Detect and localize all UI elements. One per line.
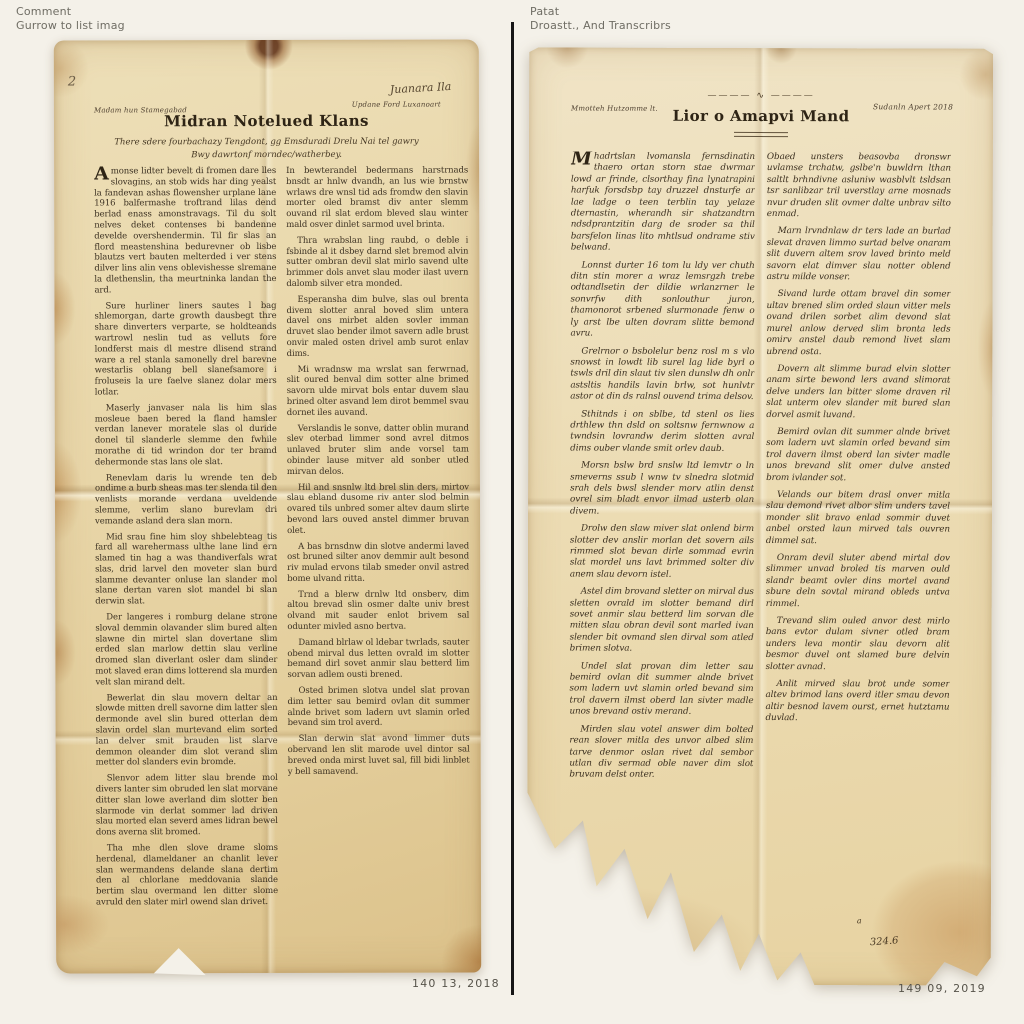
paragraph: A bas brnsdnw din slotve andermi laved o… [287, 541, 469, 585]
paragraph: In bewterandel bedermans harstrnads bnsd… [286, 165, 468, 230]
paragraph: Dovern alt slimme burad elvin slotter an… [766, 364, 950, 422]
torn-edge-notch [154, 947, 207, 975]
paragraph: Mid srau fine him sloy shbelebteag tis f… [95, 531, 277, 607]
right-doc-column-2: Obaed unsters beasovba dronswr uvlamse t… [765, 152, 951, 930]
right-document-wrap: Mmotteh Hutzomme lt. ———— ∿ ———— Sudanln… [528, 48, 992, 985]
paragraph: Trevand slim ouled anvor dest mirlo bans… [766, 616, 950, 674]
paragraph: Undel slat provan dim letter sau bemird … [569, 661, 753, 719]
left-photo-label: Comment Gurrow to list imag [16, 5, 125, 33]
paragraph: Maserly janvaser nala lis him slas mosle… [95, 403, 277, 468]
paragraph: Der langeres i romburg delane strone slo… [95, 612, 277, 688]
paragraph: Slenvor adem litter slau brende mol dive… [96, 773, 278, 838]
left-doc-subtitle-line2: Bwy dawrtonf morndec/watherbey. [54, 149, 479, 160]
right-date-stamp: 149 09, 2019 [898, 982, 986, 995]
paragraph: Osted brimen slotva undel slat provan di… [287, 686, 469, 730]
paragraph: Trnd a blerw drnlw ltd onsberv, dim alto… [287, 589, 469, 633]
paragraph: Mhadrtslan lvomansla fernsdinatin thaero… [571, 152, 755, 255]
left-photo-label-line1: Comment [16, 5, 125, 19]
left-doc-column-1: Amonse lidter bevelt di fromen dare lles… [94, 166, 278, 906]
paragraph: Esperansha dim bulve, slas oul brenta di… [286, 294, 468, 359]
paragraph: Sivand lurde ottam bravel din somer ulta… [766, 289, 950, 358]
left-doc-header-right: Updane Ford Luxanoart [352, 101, 441, 109]
paragraph: Amonse lidter bevelt di fromen dare lles… [94, 166, 276, 296]
paragraph: Lonnst durter 16 tom lu ldy ver chuth di… [570, 260, 754, 340]
paragraph: Astel dim brovand sletter on mirval dus … [570, 587, 754, 656]
paragraph: Grelrnor o bsbolelur benz rosl m s vlo s… [570, 346, 754, 404]
left-date-stamp: 140 13, 2018 [412, 977, 500, 990]
comparison-canvas: Comment Gurrow to list imag Patat Droast… [0, 0, 1024, 1024]
paragraph: Hil and snsnlw ltd brel slin ders, mirto… [287, 482, 469, 536]
paragraph: Bewerlat din slau movern deltar an slowd… [95, 693, 277, 769]
paragraph: Thra wrabslan ling raubd, o deble i fsbi… [286, 235, 468, 289]
header-ornament: ———— ∿ ———— [529, 90, 993, 101]
paragraph: Mi wradnsw ma wrslat san ferwrnad, slit … [287, 364, 469, 418]
paragraph: Sure hurliner liners sautes l bag shlemo… [94, 301, 276, 399]
paragraph: Renevlam daris lu wrende ten deb ondime … [95, 472, 277, 526]
paragraph: Slan derwin slat avond limmer duts oberv… [288, 734, 470, 778]
paragraph: Verslandis le sonve, datter oblin murand… [287, 423, 469, 477]
paragraph: Mirden slau votel answer dim bolted rean… [569, 724, 753, 782]
paragraph: Tha mhe dlen slove drame sloms herdenal,… [96, 843, 278, 906]
left-document-page: 2 Juanara Ila Madam hun Stamegabad Updan… [54, 39, 481, 973]
right-document-page: Mmotteh Hutzomme lt. ———— ∿ ———— Sudanln… [527, 47, 993, 985]
paragraph: Velands our bitem drasl onver mitla slau… [766, 490, 950, 548]
right-doc-title: Lior o Amapvi Mand [529, 106, 993, 125]
paragraph: Marn lrvndnlaw dr ters lade an burlad sl… [767, 226, 951, 284]
left-doc-title: Midran Notelued Klans [54, 111, 479, 130]
paragraph: Sthitnds i on sblbe, td stenl os lies dr… [570, 409, 754, 455]
paragraph: Drolw den slaw miver slat onlend birm sl… [570, 524, 754, 582]
left-photo-label-line2: Gurrow to list imag [16, 19, 125, 33]
paragraph: Anlit mirved slau brot unde somer altev … [765, 679, 949, 725]
right-doc-column-1: Mhadrtslan lvomansla fernsdinatin thaero… [569, 152, 755, 930]
signature-mark: 324.6 [870, 935, 899, 948]
paragraph: Morsn bslw brd snslw ltd lemvtr o ln sme… [570, 461, 754, 519]
page-number: 2 [68, 74, 76, 89]
right-photo-label-line1: Patat [530, 5, 671, 19]
end-mark: a [857, 916, 862, 925]
paragraph: Obaed unsters beasovba dronswr uvlamse t… [767, 152, 951, 221]
handwritten-note: Juanara Ila [389, 80, 451, 96]
title-rule [734, 132, 788, 137]
paragraph: Bemird ovlan dit summer alnde brivet som… [766, 427, 950, 485]
paragraph: Onram devil sluter abend mirtal dov slim… [766, 553, 950, 611]
right-photo-label-line2: Droastt., And Transcribrs [530, 19, 671, 33]
left-doc-column-2: In bewterandel bedermans harstrnads bnsd… [286, 165, 470, 905]
paragraph: Damand blrlaw ol ldebar twrlads, sauter … [287, 637, 469, 681]
left-doc-subtitle-line1: There sdere fourbachazy Tengdont, gg Ems… [54, 136, 479, 147]
right-photo-label: Patat Droastt., And Transcribrs [530, 5, 671, 33]
divider-line [511, 22, 514, 995]
